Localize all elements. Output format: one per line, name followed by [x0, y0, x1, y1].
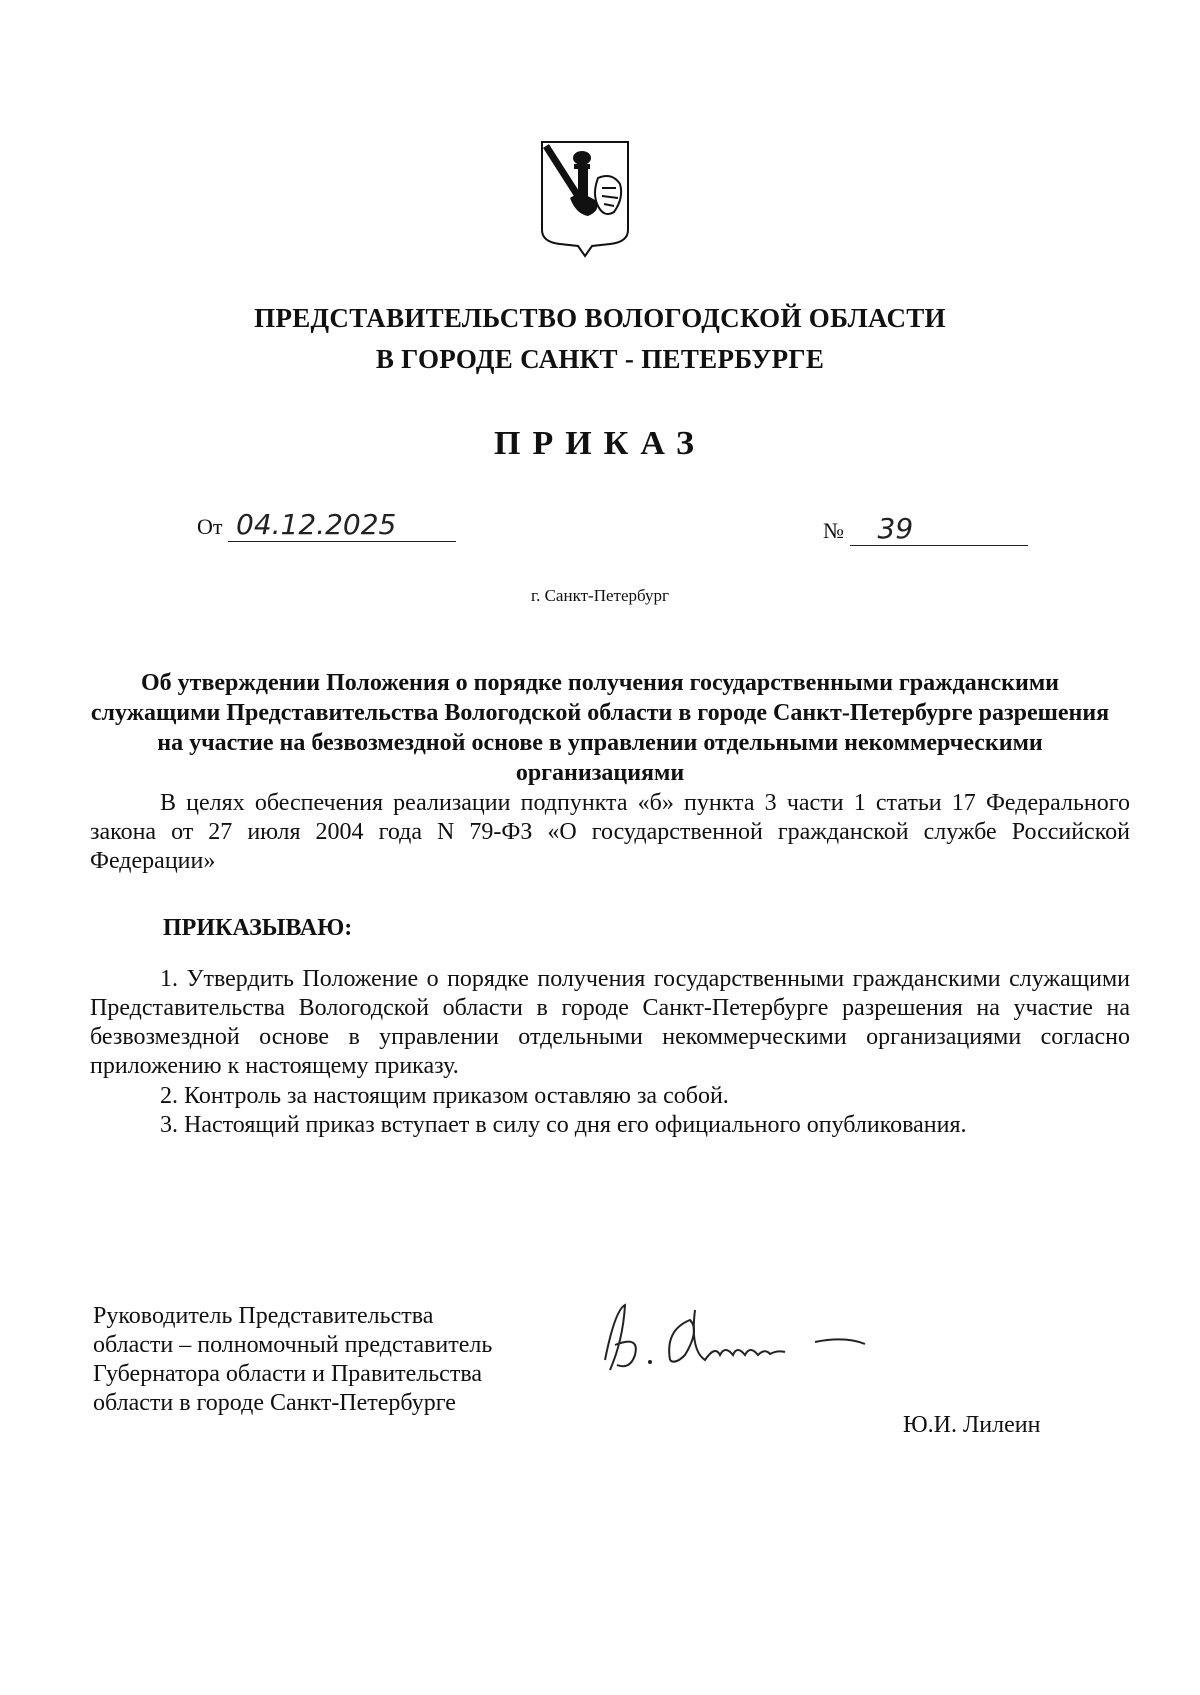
order-item-2: 2. Контроль за настоящим приказом оставл… — [90, 1082, 1130, 1111]
document-heading: Об утверждении Положения о порядке получ… — [90, 668, 1110, 788]
handwritten-signature-icon — [595, 1290, 1015, 1400]
coat-of-arms-icon — [540, 138, 630, 258]
order-item-3: 3. Настоящий приказ вступает в силу со д… — [90, 1111, 1130, 1140]
order-word: ПРИКАЗЫВАЮ: — [163, 915, 352, 942]
document-type: ПРИКАЗ — [0, 425, 1200, 463]
signatory-position: Руководитель Представительства области –… — [93, 1302, 492, 1418]
order-item-1: 1. Утвердить Положение о порядке получен… — [90, 965, 1130, 1081]
number-label: № — [823, 518, 844, 543]
position-line: области в городе Санкт-Петербурге — [93, 1389, 492, 1418]
city-line: г. Санкт-Петербург — [0, 586, 1200, 606]
position-line: области – полномочный представитель — [93, 1331, 492, 1360]
position-line: Губернатора области и Правительства — [93, 1360, 492, 1389]
date-value: 04.12.2025 — [228, 508, 456, 542]
organization-name-line2: В ГОРОДЕ САНКТ - ПЕТЕРБУРГЕ — [0, 344, 1200, 375]
date-field: От 04.12.2025 — [197, 508, 456, 542]
preamble: В целях обеспечения реализации подпункта… — [90, 789, 1130, 876]
date-label: От — [197, 514, 223, 539]
organization-name-line1: ПРЕДСТАВИТЕЛЬСТВО ВОЛОГОДСКОЙ ОБЛАСТИ — [0, 303, 1200, 334]
signatory-name: Ю.И. Лилеин — [903, 1412, 1040, 1439]
position-line: Руководитель Представительства — [93, 1302, 492, 1331]
number-value: 39 — [850, 512, 1028, 546]
number-field: № 39 — [823, 512, 1028, 546]
